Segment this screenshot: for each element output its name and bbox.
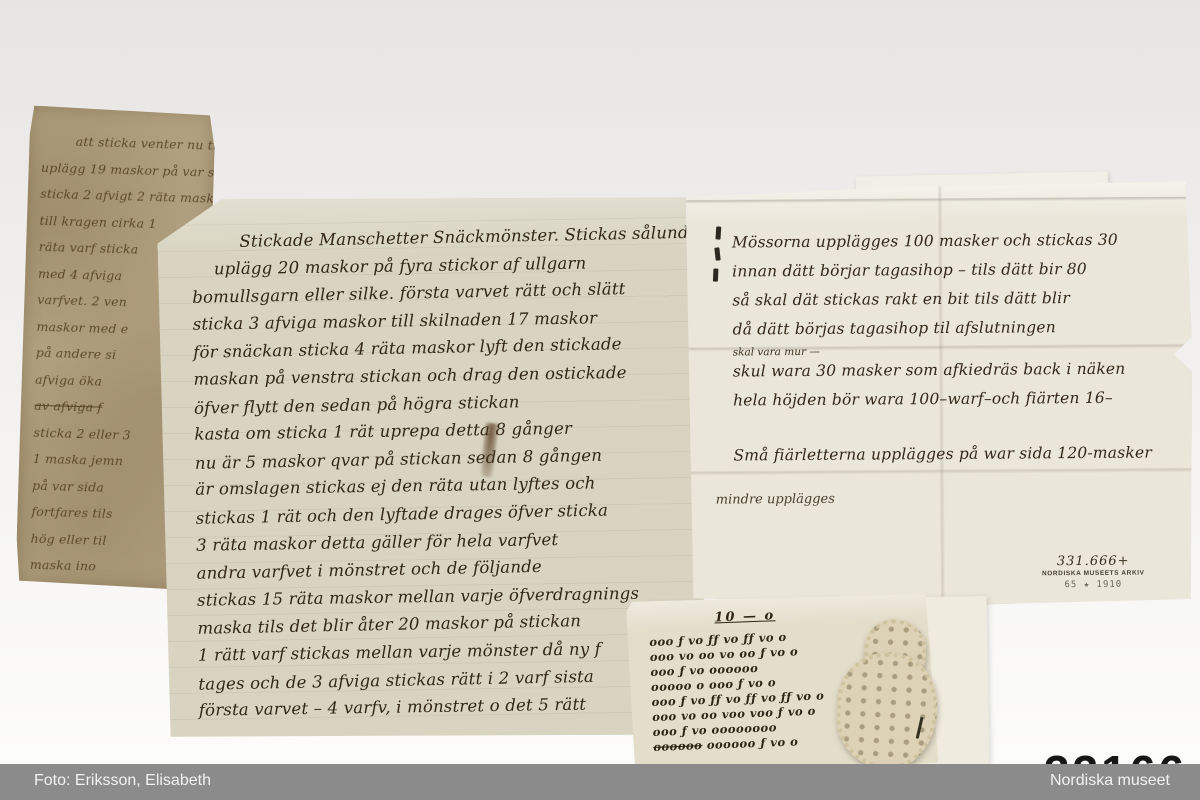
right-folded-sheet: Mössorna upplägges 100 masker och sticka… xyxy=(686,181,1194,607)
archive-stamp-text: NORDISKA MUSEETS ARKIV xyxy=(1018,569,1168,577)
archive-stamp: 331.666+ NORDISKA MUSEETS ARKIV 65 ★ 191… xyxy=(1018,553,1168,590)
center-pattern-sheet: Stickade Manschetter Snäckmönster. Stick… xyxy=(157,192,707,742)
center-pattern-text: Stickade Manschetter Snäckmönster. Stick… xyxy=(191,220,704,725)
staple-mark xyxy=(715,226,721,239)
crochet-sample xyxy=(832,616,939,765)
handwriting-line: då dätt börjas tagasihop til afslutninge… xyxy=(732,312,1182,344)
handwriting-line: Mössorna upplägges 100 masker och sticka… xyxy=(732,225,1182,257)
photographer-credit: Foto: Eriksson, Elisabeth xyxy=(34,772,211,790)
handwriting-line: så skal dät stickas rakt en bit tils dät… xyxy=(732,283,1182,315)
handwriting-line: Små fiärletterna upplägges på war sida 1… xyxy=(733,438,1183,470)
crochet-sample-body xyxy=(834,651,940,772)
staple-mark xyxy=(713,268,719,281)
museum-credit: Nordiska museet xyxy=(1050,772,1170,790)
caption-bar: Foto: Eriksson, Elisabeth Nordiska musee… xyxy=(0,764,1200,800)
note-header: 10 — o xyxy=(714,608,775,625)
cropped-catalogue-number: 331666 xyxy=(1044,751,1184,764)
accession-year: 65 ★ 1910 xyxy=(1018,579,1168,590)
struck-notation: oooooo xyxy=(653,738,703,754)
right-sheet-text: Mössorna upplägges 100 masker och sticka… xyxy=(732,225,1184,470)
handwriting-line: skul wara 30 masker som afkiedräs back i… xyxy=(733,354,1183,386)
catalogue-number-handwritten: 331.666+ xyxy=(1018,553,1168,569)
notation-tail: oooooo ƒ vo o xyxy=(702,734,798,752)
catalogue-digits: 331666 xyxy=(1044,751,1184,764)
handwriting-line: innan dätt börjar tagasihop – tils dätt … xyxy=(732,254,1182,286)
handwriting-footer-note: mindre upplägges xyxy=(716,492,835,508)
handwriting-line: hela höjden bör wara 100–warf–och fiärte… xyxy=(733,383,1183,415)
museum-photo-of-knitting-pattern-letters: att sticka venter nu til uplägg 19 masko… xyxy=(0,0,1200,800)
staple-mark xyxy=(714,247,720,260)
